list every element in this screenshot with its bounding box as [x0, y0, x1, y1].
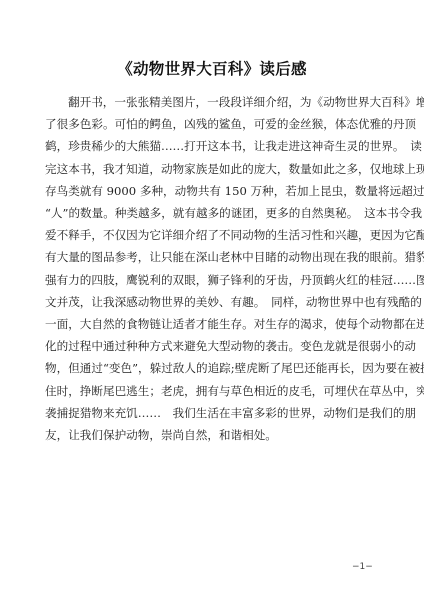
body-line: 一面，大自然的食物链让适者才能生存。对生存的渴求，使每个动物都在进	[45, 313, 382, 335]
body-line: 化的过程中通过种种方式来避免大型动物的袭击。变色龙就是很弱小的动	[45, 335, 382, 357]
body-line: 了很多色彩。可怕的鳄鱼，凶残的鲨鱼，可爱的金丝猴，体态优雅的丹顶	[45, 113, 382, 135]
body-line: 鹤，珍贵稀少的大熊猫……打开这本书，让我走进这神奇生灵的世界。 读	[45, 135, 382, 157]
body-line: 袭捕捉猎物来充饥…… 我们生活在丰富多彩的世界，动物们是我们的朋	[45, 402, 382, 424]
body-line: 住时，挣断尾巴逃生；老虎，拥有与草色相近的皮毛，可埋伏在草丛中，突	[45, 380, 382, 402]
document-title: 《动物世界大百科》读后感	[0, 57, 424, 79]
body-line: 友，让我们保护动物，崇尚自然，和谐相处。	[45, 424, 382, 446]
body-line: 有大量的图品参考，让只能在深山老林中目睹的动物出现在我的眼前。猎豹	[45, 246, 382, 268]
body-line: “人”的数量。种类越多，就有越多的谜团，更多的自然奥秘。 这本书令我	[45, 202, 382, 224]
body-line: 强有力的四肢，鹰锐利的双眼，狮子锋利的牙齿，丹顶鹤火红的桂冠……图	[45, 269, 382, 291]
body-line: 完这本书，我才知道，动物家族是如此的庞大，数量如此之多，仅地球上现	[45, 158, 382, 180]
page-number: −1−	[352, 562, 373, 572]
body-line: 物，但通过“变色”，躲过敌人的追踪;壁虎断了尾巴还能再长，因为要在被捉	[45, 357, 382, 379]
body-line: 存鸟类就有 9000 多种，动物共有 150 万种，若加上昆虫，数量将远超过	[45, 180, 382, 202]
document-page: 《动物世界大百科》读后感 翻开书，一张张精美图片，一段段详细介绍，为《动物世界大…	[0, 0, 424, 600]
document-body: 翻开书，一张张精美图片，一段段详细介绍，为《动物世界大百科》增添 了很多色彩。可…	[45, 91, 382, 446]
body-line: 文并茂，让我深感动物世界的美妙、有趣。 同样，动物世界中也有残酷的	[45, 291, 382, 313]
body-line: 翻开书，一张张精美图片，一段段详细介绍，为《动物世界大百科》增添	[45, 91, 382, 113]
body-line: 爱不释手，不仅因为它详细介绍了不同动物的生活习性和兴趣，更因为它配	[45, 224, 382, 246]
